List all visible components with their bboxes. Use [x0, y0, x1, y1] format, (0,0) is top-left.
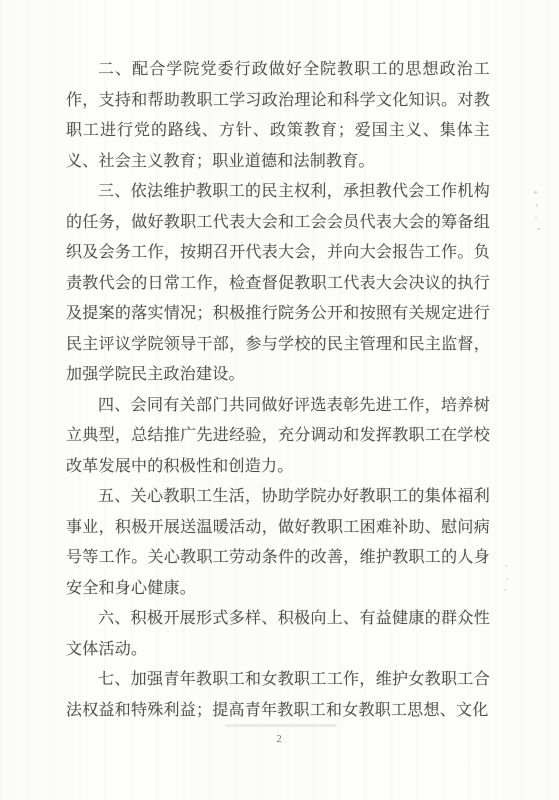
- paragraph-6: 六、积极开展形式多样、积极向上、有益健康的群众性文体活动。: [66, 604, 490, 665]
- scan-smudge: [225, 724, 337, 727]
- scanned-document-page: 二、配合学院党委行政做好全院教职工的思想政治工作，支持和帮助教职工学习政治理论和…: [0, 0, 559, 800]
- paragraph-3: 三、依法维护教职工的民主权利，承担教代会工作机构的任务，做好教职工代表大会和工会…: [66, 177, 490, 391]
- scan-speckle: [534, 191, 537, 194]
- document-body: 二、配合学院党委行政做好全院教职工的思想政治工作，支持和帮助教职工学习政治理论和…: [66, 55, 490, 726]
- paragraph-4: 四、会同有关部门共同做好评选表彰先进工作，培养树立典型，总结推广先进经验，充分调…: [66, 391, 490, 483]
- paragraph-2: 二、配合学院党委行政做好全院教职工的思想政治工作，支持和帮助教职工学习政治理论和…: [66, 55, 490, 177]
- paragraph-5: 五、关心教职工生活，协助学院办好教职工的集体福利事业，积极开展送温暖活动，做好教…: [66, 482, 490, 604]
- scan-speckle: [506, 578, 508, 580]
- page-number: 2: [0, 733, 559, 745]
- scan-speckle: [504, 589, 506, 591]
- paragraph-7: 七、加强青年教职工和女教职工工作，维护女教职工合法权益和特殊利益；提高青年教职工…: [66, 665, 490, 726]
- scan-speckle: [505, 565, 507, 567]
- scan-speckle: [535, 217, 537, 219]
- scan-speckle: [537, 228, 540, 230]
- scan-speckle: [536, 204, 538, 207]
